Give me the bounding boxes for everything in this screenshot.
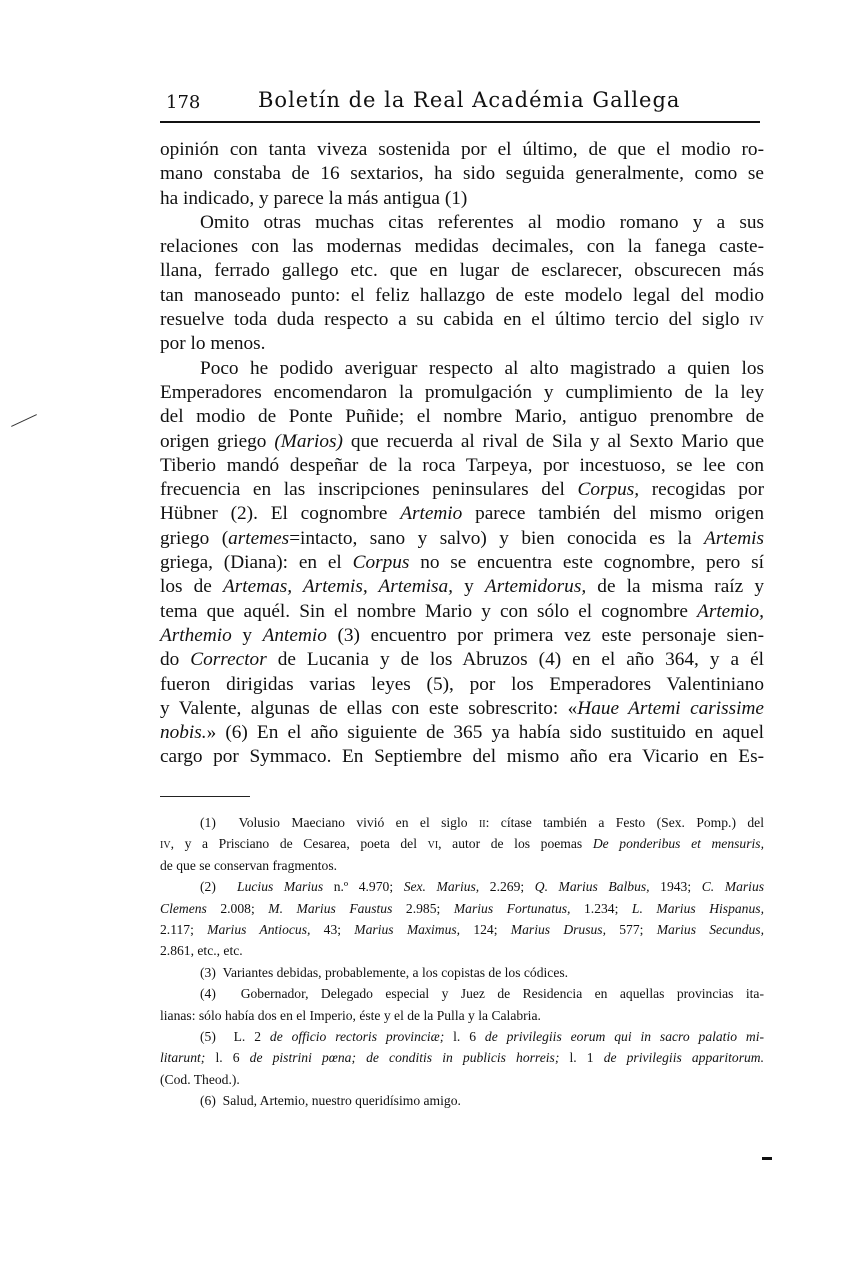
text-line: Hübner (2). El cognombre Artemio parece … <box>160 502 764 526</box>
text-line: fueron dirigidas varias leyes (5), por l… <box>160 673 764 697</box>
italic-term: Marius Secundus, <box>657 922 764 937</box>
text-span: los de <box>160 576 223 597</box>
text-line: Emperadores encomendaron la promulgación… <box>160 381 764 405</box>
italic-term: Artemio <box>400 503 462 524</box>
text-line: relaciones con las modernas medidas deci… <box>160 235 764 259</box>
text-line: cargo por Symmaco. En Septiembre del mis… <box>160 745 764 769</box>
italic-term: Corpus, <box>577 479 639 500</box>
italic-term: Antemio <box>263 625 327 646</box>
text-span: 2.985; <box>392 901 453 916</box>
italic-term: Marius Maximus, <box>354 922 460 937</box>
text-span: griego ( <box>160 528 228 549</box>
text-line: griego (artemes=intacto, sano y salvo) y… <box>160 527 764 551</box>
italic-term: Artemas, Artemis, Artemisa, <box>223 576 453 597</box>
footnote-3: (3) Variantes debidas, probablemente, a … <box>160 962 764 983</box>
text-line: de que se conservan fragmentos. <box>160 855 764 876</box>
text-span: frecuencia en las inscripciones peninsul… <box>160 479 577 500</box>
text-span: y <box>232 625 263 646</box>
text-span: no se encuentra este cognombre, pero sí <box>409 552 764 573</box>
italic-term: Artemidorus, <box>485 576 586 597</box>
footnote-2: (2) Lucius Marius n.º 4.970; Sex. Marius… <box>160 876 764 962</box>
italic-term: de pistrini pœna; de conditis in publici… <box>250 1050 560 1065</box>
text-span: =intacto, sano y salvo) y bien conocida … <box>289 528 704 549</box>
footnote-marker: (5) <box>200 1029 216 1044</box>
running-title: Boletín de la Real Académia Gallega <box>258 88 680 112</box>
text-span: 577; <box>606 922 657 937</box>
italic-term: Artemis <box>704 528 764 549</box>
text-line: y Valente, algunas de ellas con este sob… <box>160 697 764 721</box>
header-rule <box>160 121 760 123</box>
roman-numeral: vi <box>428 836 439 851</box>
text-span: resuelve toda duda respecto a su cabida … <box>160 309 749 330</box>
italic-term: nobis. <box>160 722 207 743</box>
text-line: do Corrector de Lucania y de los Abruzos… <box>160 648 764 672</box>
italic-term: Arthemio <box>160 625 232 646</box>
text-line: tan manoseado punto: el feliz hallazgo d… <box>160 284 764 308</box>
text-span: 43; <box>310 922 354 937</box>
text-line: mano constaba de 16 sextarios, ha sido s… <box>160 162 764 186</box>
italic-term: Q. Marius Balbus, <box>535 879 650 894</box>
text-line: Omito otras muchas citas referentes al m… <box>160 211 764 235</box>
text-line: lianas: sólo había dos en el Imperio, és… <box>160 1005 764 1026</box>
text-line: Arthemio y Antemio (3) encuentro por pri… <box>160 624 764 648</box>
italic-term: de privilegiis apparitorum. <box>604 1050 764 1065</box>
page-header: 178 Boletín de la Real Académia Gallega <box>158 88 763 118</box>
text-span: Salud, Artemio, nuestro queridísimo amig… <box>223 1093 461 1108</box>
text-span: n.º 4.970; <box>323 879 404 894</box>
italic-term: Corrector <box>190 649 266 670</box>
footnote-marker: (3) <box>200 965 216 980</box>
text-line: (5) L. 2 de officio rectoris provinciæ; … <box>160 1026 764 1047</box>
italic-term: Sex. Marius, <box>404 879 480 894</box>
text-line: opinión con tanta viveza sostenida por e… <box>160 138 764 162</box>
italic-term: De ponderibus et mensuris, <box>593 836 764 851</box>
text-line: (1) Volusio Maeciano vivió en el siglo i… <box>160 812 764 833</box>
italic-term: Corpus <box>353 552 410 573</box>
text-span: , autor de los poemas <box>438 836 593 851</box>
stray-mark <box>762 1157 772 1160</box>
footnote-1: (1) Volusio Maeciano vivió en el siglo i… <box>160 812 764 876</box>
body-text: opinión con tanta viveza sostenida por e… <box>160 138 764 770</box>
text-span: , y a Prisciano de Cesarea, poeta del <box>171 836 428 851</box>
footnote-6: (6) Salud, Artemio, nuestro queridísimo … <box>160 1090 764 1111</box>
italic-term: L. Marius Hispanus, <box>632 901 764 916</box>
italic-term: Artemio, <box>697 601 764 622</box>
italic-term: M. Marius Faustus <box>268 901 392 916</box>
text-span: l. 6 <box>444 1029 485 1044</box>
italic-term: (Marios) <box>274 431 343 452</box>
text-span: y <box>453 576 485 597</box>
text-span: tema que aquél. Sin el nombre Mario y co… <box>160 601 697 622</box>
text-line: Tiberio mandó despeñar de la roca Tarpey… <box>160 454 764 478</box>
text-line: Poco he podido averiguar respecto al alt… <box>160 357 764 381</box>
italic-term: C. Marius <box>702 879 764 894</box>
text-line: (4) Gobernador, Delegado especial y Juez… <box>160 983 764 1004</box>
text-span: Variantes debidas, probablemente, a los … <box>223 965 568 980</box>
text-line: resuelve toda duda respecto a su cabida … <box>160 308 764 332</box>
footnotes: (1) Volusio Maeciano vivió en el siglo i… <box>160 812 764 1111</box>
text-line: (2) Lucius Marius n.º 4.970; Sex. Marius… <box>160 876 764 897</box>
text-line: 2.861, etc., etc. <box>160 940 764 961</box>
text-span: 2.117; <box>160 922 207 937</box>
roman-numeral: ii <box>479 815 486 830</box>
italic-term: Haue Artemi carissime <box>577 698 764 719</box>
text-line: (Cod. Theod.). <box>160 1069 764 1090</box>
footnote-marker: (2) <box>200 879 216 894</box>
roman-numeral: iv <box>160 836 171 851</box>
text-line: (6) Salud, Artemio, nuestro queridísimo … <box>160 1090 764 1111</box>
footnote-rule <box>160 796 250 797</box>
text-span: » (6) En el año siguiente de 365 ya habí… <box>207 722 764 743</box>
text-span: 1.234; <box>570 901 631 916</box>
page-number: 178 <box>166 92 200 113</box>
text-line: frecuencia en las inscripciones peninsul… <box>160 478 764 502</box>
italic-term: Lucius Marius <box>237 879 323 894</box>
roman-numeral: iv <box>749 309 764 330</box>
footnote-5: (5) L. 2 de officio rectoris provinciæ; … <box>160 1026 764 1090</box>
text-span: Volusio Maeciano vivió en el siglo <box>239 815 479 830</box>
text-line: litarunt; l. 6 de pistrini pœna; de cond… <box>160 1047 764 1068</box>
text-span: de la misma raíz y <box>586 576 764 597</box>
text-span: 1943; <box>650 879 702 894</box>
italic-term: Clemens <box>160 901 207 916</box>
text-span: 2.008; <box>207 901 268 916</box>
text-span: parece también del mismo origen <box>462 503 764 524</box>
text-line: nobis.» (6) En el año siguiente de 365 y… <box>160 721 764 745</box>
footnote-marker: (1) <box>200 815 216 830</box>
margin-mark <box>11 414 37 427</box>
text-span: recogidas por <box>639 479 764 500</box>
text-span: L. 2 <box>234 1029 270 1044</box>
text-span: que recuerda al rival de Sila y al Sexto… <box>343 431 764 452</box>
text-line: ha indicado, y parece la más antigua (1) <box>160 187 764 211</box>
text-span: de Lucania y de los Abruzos (4) en el añ… <box>267 649 764 670</box>
document-page: 178 Boletín de la Real Académia Gallega … <box>0 0 850 1278</box>
text-span: Gobernador, Delegado especial y Juez de … <box>241 986 764 1001</box>
text-span: do <box>160 649 190 670</box>
text-line: del modio de Ponte Puñide; el nombre Mar… <box>160 405 764 429</box>
text-line: origen griego (Marios) que recuerda al r… <box>160 430 764 454</box>
italic-term: de officio rectoris provinciæ; <box>270 1029 444 1044</box>
text-line: por lo menos. <box>160 332 764 356</box>
text-span: 2.269; <box>479 879 535 894</box>
text-line: tema que aquél. Sin el nombre Mario y co… <box>160 600 764 624</box>
italic-term: Marius Fortunatus, <box>454 901 571 916</box>
text-span: Hübner (2). El cognombre <box>160 503 400 524</box>
italic-term: Marius Antiocus, <box>207 922 310 937</box>
footnote-marker: (4) <box>200 986 216 1001</box>
text-span: griega, (Diana): en el <box>160 552 353 573</box>
italic-term: artemes <box>228 528 289 549</box>
italic-term: Marius Drusus, <box>511 922 606 937</box>
text-line: griega, (Diana): en el Corpus no se encu… <box>160 551 764 575</box>
text-line: (3) Variantes debidas, probablemente, a … <box>160 962 764 983</box>
text-span: 124; <box>460 922 511 937</box>
text-span: y Valente, algunas de ellas con este sob… <box>160 698 577 719</box>
text-line: iv, y a Prisciano de Cesarea, poeta del … <box>160 833 764 854</box>
text-span: l. 6 <box>205 1050 249 1065</box>
text-line: 2.117; Marius Antiocus, 43; Marius Maxim… <box>160 919 764 940</box>
text-span: (3) encuentro por primera vez este perso… <box>327 625 764 646</box>
footnote-4: (4) Gobernador, Delegado especial y Juez… <box>160 983 764 1026</box>
text-span: origen griego <box>160 431 274 452</box>
footnote-marker: (6) <box>200 1093 216 1108</box>
italic-term: litarunt; <box>160 1050 205 1065</box>
text-span: l. 1 <box>559 1050 603 1065</box>
text-line: los de Artemas, Artemis, Artemisa, y Art… <box>160 575 764 599</box>
italic-term: de privilegiis eorum qui in sacro palati… <box>485 1029 764 1044</box>
text-line: llana, ferrado gallego etc. que en lugar… <box>160 259 764 283</box>
text-line: Clemens 2.008; M. Marius Faustus 2.985; … <box>160 898 764 919</box>
text-span: : cítase también a Festo (Sex. Pomp.) de… <box>486 815 764 830</box>
